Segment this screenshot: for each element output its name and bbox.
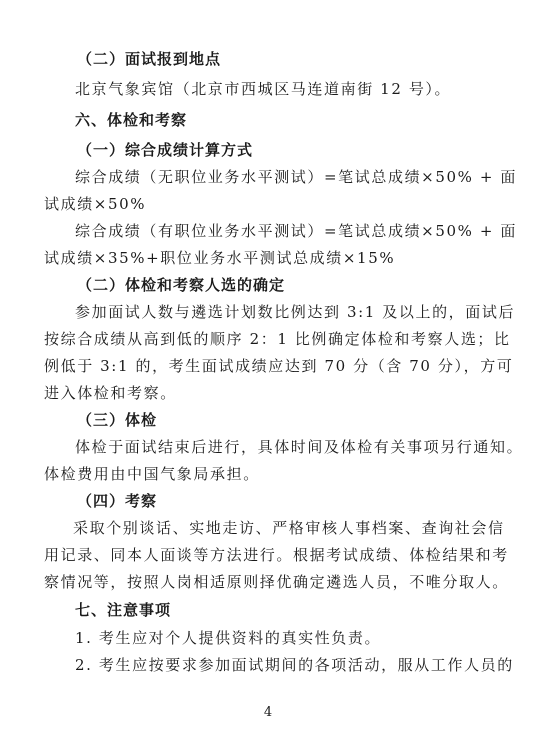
section-heading: （二）面试报到地点 (77, 49, 221, 69)
section-heading: （三）体检 (77, 410, 157, 430)
paragraph-line: 2. 考生应按要求参加面试期间的各项活动，服从工作人员的 (75, 655, 514, 675)
paragraph-line: 综合成绩（无职位业务水平测试）=笔试总成绩×50% + 面 (75, 167, 517, 187)
paragraph-line: 试成绩×35%+职位业务水平测试总成绩×15% (44, 248, 395, 268)
paragraph-line: 察情况等，按照人岗相适原则择优确定遴选人员，不唯分取人。 (44, 572, 509, 592)
paragraph-line: 试成绩×50% (44, 194, 146, 214)
section-heading: 六、体检和考察 (75, 110, 187, 130)
paragraph-line: 综合成绩（有职位业务水平测试）=笔试总成绩×50% + 面 (75, 221, 517, 241)
section-heading: 七、注意事项 (75, 600, 171, 620)
paragraph-line: 采取个别谈话、实地走访、严格审核人事档案、查询社会信 (73, 518, 505, 538)
paragraph-line: 用记录、同本人面谈等方法进行。根据考试成绩、体检结果和考 (44, 545, 509, 565)
section-heading: （一）综合成绩计算方式 (77, 140, 253, 160)
section-heading: （四）考察 (77, 491, 157, 511)
paragraph-line: 体检于面试结束后进行，具体时间及体检有关事项另行通知。 (75, 437, 523, 457)
paragraph-line: 1. 考生应对个人提供资料的真实性负责。 (75, 628, 381, 648)
paragraph-line: 按综合成绩从高到低的顺序 2：1 比例确定体检和考察人选；比 (44, 329, 511, 349)
paragraph-line: 例低于 3:1 的，考生面试成绩应达到 70 分（含 70 分），方可 (44, 356, 513, 376)
paragraph-line: 参加面试人数与遴选计划数比例达到 3:1 及以上的，面试后 (75, 302, 515, 322)
paragraph-line: 体检费用由中国气象局承担。 (44, 464, 260, 484)
paragraph-line: 北京气象宾馆（北京市西城区马连道南街 12 号）。 (75, 79, 451, 99)
page-number: 4 (0, 705, 536, 720)
section-heading: （二）体检和考察人选的确定 (77, 275, 285, 295)
paragraph-line: 进入体检和考察。 (44, 383, 177, 403)
